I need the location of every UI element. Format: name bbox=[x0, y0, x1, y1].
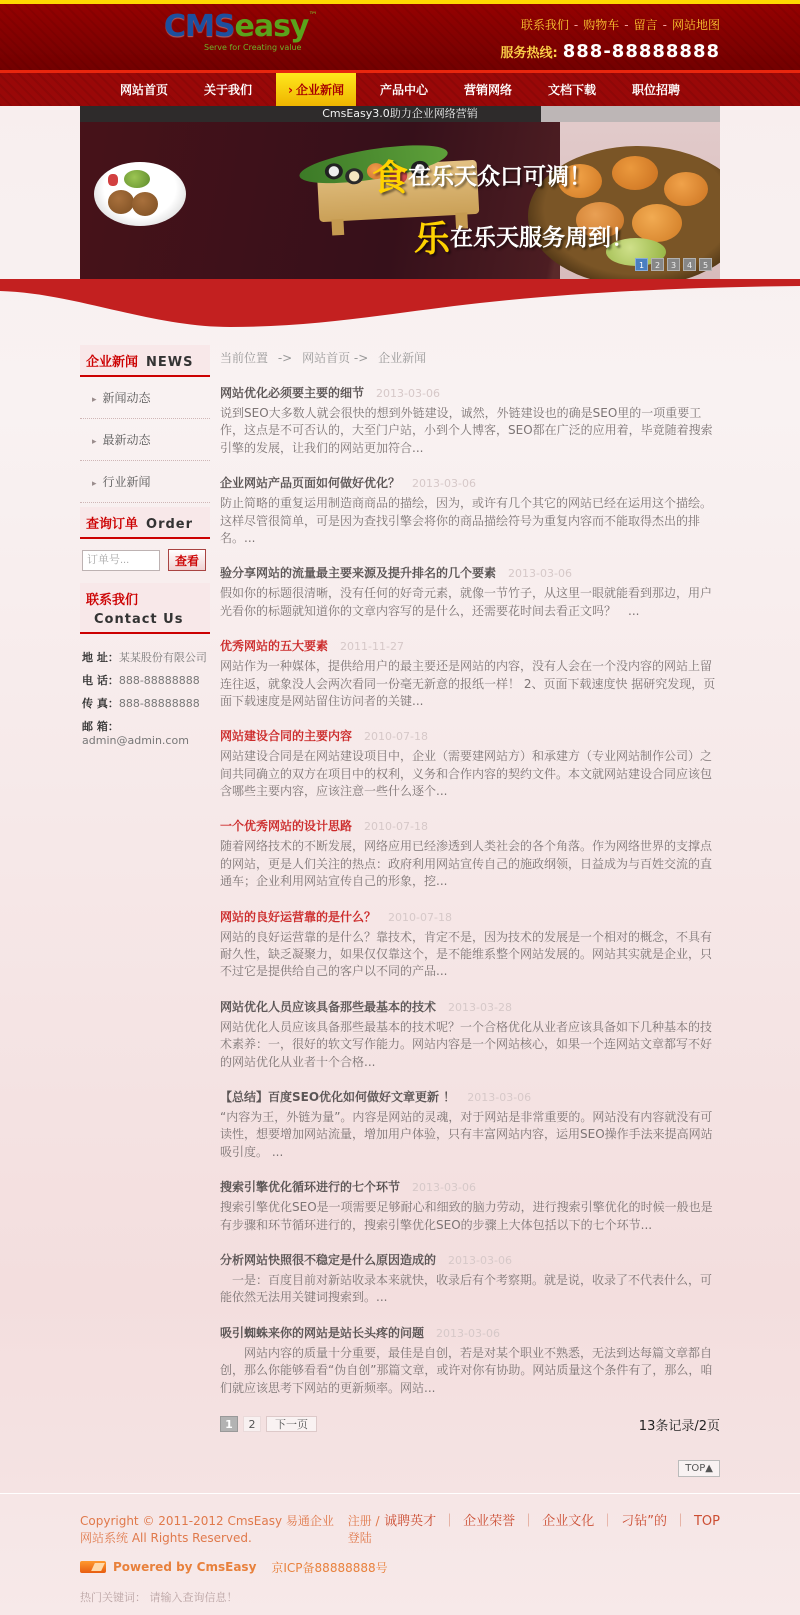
nav-item-label: 关于我们 bbox=[204, 83, 252, 97]
banner-subtitle: CmsEasy3.0助力企业网络营销 bbox=[322, 106, 478, 122]
news-item: 网站的良好运营靠的是什么？2010-07-18网站的良好运营靠的是什么？靠技术，… bbox=[220, 906, 720, 981]
header-link-3[interactable]: 留言 bbox=[634, 18, 658, 32]
banner-pager: 12345 bbox=[635, 258, 712, 271]
triangle-bullet-icon: ▸ bbox=[92, 479, 97, 489]
pagination-summary: 13条记录/2页 bbox=[639, 1415, 720, 1434]
nav-item[interactable]: ›文档下载 bbox=[536, 73, 608, 106]
red-wave-divider bbox=[0, 279, 800, 331]
footer-link-1[interactable]: 诚聘英才 bbox=[384, 1514, 436, 1529]
news-item-date: 2013-03-06 bbox=[436, 1327, 500, 1340]
hotline-label: 服务热线: bbox=[500, 46, 557, 61]
logo-easy-text: easy bbox=[234, 9, 308, 44]
sidebar-order-header: 查询订单Order bbox=[80, 507, 210, 539]
copyright-text: Copyright © 2011-2012 CmsEasy 易通企业网站系统 A… bbox=[80, 1512, 340, 1546]
food-item-image bbox=[632, 204, 682, 242]
breadcrumb-sep: -> bbox=[278, 351, 292, 365]
news-item-head: 网站优化必须要主要的细节2013-03-06 bbox=[220, 382, 720, 401]
news-item-title[interactable]: 企业网站产品页面如何做好优化？ bbox=[220, 476, 400, 490]
news-header-en: NEWS bbox=[146, 355, 193, 370]
page: CMSeasy™ Serve for Creating value 联系我们-购… bbox=[0, 0, 800, 1615]
sidebar-news-list: ▸新闻动态▸最新动态▸行业新闻 bbox=[80, 377, 210, 503]
nav-item-label: 文档下载 bbox=[548, 83, 596, 97]
nav-item-label: 网站首页 bbox=[120, 83, 168, 97]
news-header-cn: 企业新闻 bbox=[86, 355, 138, 370]
pagination: 1 2 下一页 13条记录/2页 bbox=[220, 1415, 720, 1434]
top-link-separator: - bbox=[574, 18, 578, 32]
croquette-image bbox=[132, 192, 158, 216]
header-link-4[interactable]: 网站地图 bbox=[672, 18, 720, 32]
breadcrumb-current[interactable]: 企业新闻 bbox=[378, 351, 426, 365]
footer-link-2[interactable]: 企业荣誉 bbox=[463, 1514, 515, 1529]
sushi-image bbox=[345, 168, 364, 185]
footer-link-4[interactable]: 刁钻”的 bbox=[621, 1514, 667, 1529]
news-item-head: 搜索引擎优化循环进行的七个环节2013-03-06 bbox=[220, 1176, 720, 1195]
news-item-head: 一个优秀网站的设计思路2010-07-18 bbox=[220, 815, 720, 834]
news-item: 分析网站快照很不稳定是什么原因造成的2013-03-06 一是：百度目前对新站收… bbox=[220, 1249, 720, 1307]
logo-cms-text: CMS bbox=[164, 9, 234, 44]
news-item-head: 网站优化人员应该具备那些最基本的技术2013-03-28 bbox=[220, 996, 720, 1015]
news-item: 网站优化人员应该具备那些最基本的技术2013-03-28网站优化人员应该具备那些… bbox=[220, 996, 720, 1071]
order-number-input[interactable] bbox=[82, 550, 160, 571]
top-link-separator: - bbox=[624, 18, 628, 32]
pagination-next-button[interactable]: 下一页 bbox=[266, 1416, 317, 1432]
food-item-image bbox=[664, 172, 708, 206]
news-item-date: 2013-03-06 bbox=[448, 1254, 512, 1267]
breadcrumb-label: 当前位置 bbox=[220, 351, 268, 365]
contact-line: 电 话：888-88888888 bbox=[82, 672, 208, 688]
pagination-current-page[interactable]: 1 bbox=[220, 1416, 238, 1432]
sidebar-news-header: 企业新闻NEWS bbox=[80, 345, 210, 377]
header: CMSeasy™ Serve for Creating value 联系我们-购… bbox=[0, 4, 800, 70]
breadcrumb-sep: -> bbox=[354, 351, 368, 365]
news-item-date: 2013-03-06 bbox=[412, 1181, 476, 1194]
powered-by-text: Powered by CmsEasy bbox=[113, 1560, 256, 1574]
banner-pager-button[interactable]: 2 bbox=[651, 258, 664, 271]
news-item-excerpt: 随着网络技术的不断发展，网络应用已经渗透到人类社会的各个角落。作为网络世界的支撑… bbox=[220, 838, 720, 890]
sidebar-news-item[interactable]: ▸最新动态 bbox=[80, 419, 210, 461]
order-header-cn: 查询订单 bbox=[86, 517, 138, 532]
hot-keywords: 热门关键词： 请输入查询信息！ bbox=[80, 1589, 720, 1605]
croquette-image bbox=[108, 190, 134, 214]
footer-link-3[interactable]: 企业文化 bbox=[542, 1514, 594, 1529]
hot-keywords-value: 请输入查询信息！ bbox=[150, 1591, 238, 1604]
slogan-line2-text: 在乐天服务周到！ bbox=[450, 225, 634, 251]
news-item-excerpt: 网站优化人员应该具备那些最基本的技术呢？一个合格优化从业者应该具备如下几种基本的… bbox=[220, 1019, 720, 1071]
icp-number[interactable]: 京ICP备88888888号 bbox=[271, 1559, 387, 1576]
nav-item[interactable]: ›网站首页 bbox=[108, 73, 180, 106]
news-item-head: 企业网站产品页面如何做好优化？2013-03-06 bbox=[220, 472, 720, 491]
news-item-date: 2013-03-06 bbox=[467, 1091, 531, 1104]
news-item: 一个优秀网站的设计思路2010-07-18随着网络技术的不断发展，网络应用已经渗… bbox=[220, 815, 720, 890]
hot-keywords-label: 热门关键词： bbox=[80, 1591, 146, 1604]
contact-info: 地 址：某某股份有限公司电 话：888-88888888传 真：888-8888… bbox=[80, 634, 210, 762]
back-to-top-button[interactable]: TOP▲ bbox=[678, 1460, 720, 1477]
news-item: 优秀网站的五大要素2011-11-27网站作为一种媒体，提供给用户的最主要还是网… bbox=[220, 635, 720, 710]
order-header-en: Order bbox=[146, 517, 193, 532]
news-item-date: 2013-03-06 bbox=[508, 567, 572, 580]
slogan-line2-big: 乐 bbox=[414, 219, 450, 260]
news-item: 网站建设合同的主要内容2010-07-18网站建设合同是在网站建设项目中，企业（… bbox=[220, 725, 720, 800]
news-item: 验分享网站的流量最主要来源及提升排名的几个要素2013-03-06假如你的标题很… bbox=[220, 562, 720, 620]
footer-links: 诚聘英才｜企业荣誉｜企业文化｜刁钻”的｜TOP bbox=[384, 1510, 720, 1529]
triangle-bullet-icon: ▸ bbox=[92, 437, 97, 447]
active-tab-arrow-icon: › bbox=[288, 83, 293, 97]
contact-line-value: 某某股份有限公司 bbox=[119, 651, 207, 664]
news-item-date: 2010-07-18 bbox=[388, 911, 452, 924]
hero-banner[interactable]: CmsEasy3.0助力企业网络营销 bbox=[80, 106, 720, 279]
news-item-title[interactable]: 网站的良好运营靠的是什么？ bbox=[220, 910, 376, 924]
order-search-button[interactable]: 查看 bbox=[168, 549, 206, 571]
news-item-head: 吸引蜘蛛来你的网站是站长头疼的问题2013-03-06 bbox=[220, 1322, 720, 1341]
main-nav-bar: ›网站首页›关于我们›企业新闻›产品中心›营销网络›文档下载›职位招聘 bbox=[0, 70, 800, 106]
news-item-excerpt: 一是：百度目前对新站收录本来就快，收录后有个考察期。就是说，收录了不代表什么，可… bbox=[220, 1272, 720, 1307]
garnish-image bbox=[124, 170, 150, 188]
news-item-head: 【总结】百度SEO优化如何做好文章更新 ！2013-03-06 bbox=[220, 1086, 720, 1105]
header-link-1[interactable]: 联系我们 bbox=[521, 18, 569, 32]
news-item-head: 网站的良好运营靠的是什么？2010-07-18 bbox=[220, 906, 720, 925]
nav-item-label: 职位招聘 bbox=[632, 83, 680, 97]
news-item-excerpt: 网站内容的质量十分重要，最佳是自创，若是对某个职业不熟悉，无法到达每篇文章都自创… bbox=[220, 1345, 720, 1397]
sidebar-news-item-label: 最新动态 bbox=[103, 433, 151, 447]
nav-item[interactable]: ›关于我们 bbox=[192, 73, 264, 106]
news-item-title[interactable]: 网站优化必须要主要的细节 bbox=[220, 386, 364, 400]
banner-pager-button[interactable]: 5 bbox=[699, 258, 712, 271]
contact-line: 邮 箱：admin@admin.com bbox=[82, 718, 208, 747]
news-item-head: 网站建设合同的主要内容2010-07-18 bbox=[220, 725, 720, 744]
news-item-excerpt: 说到SEO大多数人就会很快的想到外链建设，诚然，外链建设也的确是SEO里的一项重… bbox=[220, 405, 720, 457]
news-item-excerpt: 假如你的标题很清晰，没有任何的好奇元素，就像一节竹子，从这里一眼就能看到那边，用… bbox=[220, 585, 720, 620]
footer-link-separator: ｜ bbox=[522, 1514, 535, 1529]
news-item-excerpt: 搜索引擎优化SEO是一项需要足够耐心和细致的脑力劳动，进行搜索引擎优化的时候一般… bbox=[220, 1199, 720, 1234]
news-item-date: 2010-07-18 bbox=[364, 730, 428, 743]
nav-item[interactable]: ›产品中心 bbox=[368, 73, 440, 106]
nav-item[interactable]: ›营销网络 bbox=[452, 73, 524, 106]
news-item-excerpt: 网站建设合同是在网站建设项目中，企业（需要建网站方）和承建方（专业网站制作公司）… bbox=[220, 748, 720, 800]
news-item: 企业网站产品页面如何做好优化？2013-03-06防止简略的重复运用制造商商品的… bbox=[220, 472, 720, 547]
pagination-page-link[interactable]: 2 bbox=[243, 1416, 261, 1432]
contact-line-label: 电 话： bbox=[82, 674, 119, 687]
news-item-head: 分析网站快照很不稳定是什么原因造成的2013-03-06 bbox=[220, 1249, 720, 1268]
cmseasy-badge-icon bbox=[80, 1561, 106, 1573]
news-item-title[interactable]: 分析网站快照很不稳定是什么原因造成的 bbox=[220, 1253, 436, 1267]
nav-item-label: 营销网络 bbox=[464, 83, 512, 97]
contact-line: 地 址：某某股份有限公司 bbox=[82, 649, 208, 665]
slogan-line1-text: 在乐天众口可调！ bbox=[408, 164, 592, 190]
sidebar-news-item-label: 行业新闻 bbox=[103, 475, 151, 489]
news-list: 网站优化必须要主要的细节2013-03-06说到SEO大多数人就会很快的想到外链… bbox=[220, 382, 720, 1397]
news-item-title[interactable]: 优秀网站的五大要素 bbox=[220, 639, 328, 653]
contact-header-en: Contact Us bbox=[94, 612, 183, 627]
contact-header-cn: 联系我们 bbox=[86, 593, 138, 608]
contact-line-label: 地 址： bbox=[82, 651, 119, 664]
garnish-image bbox=[108, 174, 118, 186]
news-item-date: 2013-03-06 bbox=[376, 387, 440, 400]
sidebar-news-item[interactable]: ▸新闻动态 bbox=[80, 377, 210, 419]
news-item-title[interactable]: 验分享网站的流量最主要来源及提升排名的几个要素 bbox=[220, 566, 496, 580]
news-item: 吸引蜘蛛来你的网站是站长头疼的问题2013-03-06 网站内容的质量十分重要，… bbox=[220, 1322, 720, 1397]
banner-pager-button[interactable]: 4 bbox=[683, 258, 696, 271]
breadcrumb-home-link[interactable]: 网站首页 bbox=[302, 351, 350, 365]
contact-line-label: 邮 箱： bbox=[82, 720, 119, 733]
contact-line-value: 888-88888888 bbox=[119, 674, 200, 687]
footer-link-separator: ｜ bbox=[674, 1514, 687, 1529]
news-item-title[interactable]: 一个优秀网站的设计思路 bbox=[220, 819, 352, 833]
header-link-2[interactable]: 购物车 bbox=[583, 18, 619, 32]
hotline-number: 888-88888888 bbox=[563, 41, 720, 62]
news-item-date: 2013-03-06 bbox=[412, 477, 476, 490]
banner-pager-button[interactable]: 1 bbox=[635, 258, 648, 271]
banner-topbar: CmsEasy3.0助力企业网络营销 bbox=[80, 106, 720, 122]
news-item: 【总结】百度SEO优化如何做好文章更新 ！2013-03-06“内容为王，外链为… bbox=[220, 1086, 720, 1161]
sidebar-news-item[interactable]: ▸行业新闻 bbox=[80, 461, 210, 503]
news-item-title[interactable]: 搜索引擎优化循环进行的七个环节 bbox=[220, 1180, 400, 1194]
nav-item[interactable]: ›企业新闻 bbox=[276, 73, 356, 106]
contact-line-value: admin@admin.com bbox=[82, 734, 189, 747]
service-hotline: 服务热线: 888-88888888 bbox=[500, 41, 720, 62]
banner-pager-button[interactable]: 3 bbox=[667, 258, 680, 271]
news-item-excerpt: “内容为王，外链为量”。内容是网站的灵魂，对于网站是非常重要的。网站没有内容就没… bbox=[220, 1109, 720, 1161]
contact-line: 传 真：888-88888888 bbox=[82, 695, 208, 711]
site-logo[interactable]: CMSeasy™ Serve for Creating value bbox=[164, 4, 318, 70]
sidebar-contact-header: 联系我们Contact Us bbox=[80, 583, 210, 634]
news-item-title[interactable]: 网站优化人员应该具备那些最基本的技术 bbox=[220, 1000, 436, 1014]
croquette-plate-image bbox=[94, 162, 186, 226]
footer-link-separator: ｜ bbox=[601, 1514, 614, 1529]
board-leg bbox=[331, 219, 344, 236]
nav-item[interactable]: ›职位招聘 bbox=[620, 73, 692, 106]
news-item-excerpt: 网站作为一种媒体，提供给用户的最主要还是网站的内容，没有人会在一个没内容的网站上… bbox=[220, 658, 720, 710]
logo-tagline: Serve for Creating value bbox=[204, 44, 318, 52]
breadcrumb: 当前位置 -> 网站首页 -> 企业新闻 bbox=[220, 345, 720, 368]
news-item: 网站优化必须要主要的细节2013-03-06说到SEO大多数人就会很快的想到外链… bbox=[220, 382, 720, 457]
sidebar: 企业新闻NEWS ▸新闻动态▸最新动态▸行业新闻 查询订单Order 查看 联系… bbox=[80, 345, 210, 762]
logo-trademark: ™ bbox=[309, 11, 318, 21]
contact-line-label: 传 真： bbox=[82, 697, 119, 710]
triangle-bullet-icon: ▸ bbox=[92, 395, 97, 405]
footer-link-separator: ｜ bbox=[443, 1514, 456, 1529]
nav-item-label: 产品中心 bbox=[380, 83, 428, 97]
footer-link-5[interactable]: TOP bbox=[694, 1514, 720, 1529]
news-item-date: 2010-07-18 bbox=[364, 820, 428, 833]
header-top-links: 联系我们-购物车-留言-网站地图 bbox=[500, 16, 720, 33]
news-item-title[interactable]: 吸引蜘蛛来你的网站是站长头疼的问题 bbox=[220, 1326, 424, 1340]
main-nav: ›网站首页›关于我们›企业新闻›产品中心›营销网络›文档下载›职位招聘 bbox=[80, 73, 720, 106]
news-item-date: 2011-11-27 bbox=[340, 640, 404, 653]
news-item-title[interactable]: 【总结】百度SEO优化如何做好文章更新 ！ bbox=[220, 1090, 455, 1104]
contact-line-value: 888-88888888 bbox=[119, 697, 200, 710]
sidebar-news-item-label: 新闻动态 bbox=[103, 391, 151, 405]
news-item-excerpt: 网站的良好运营靠的是什么？靠技术，肯定不是，因为技术的发展是一个相对的概念，不具… bbox=[220, 929, 720, 981]
banner-slogan: 食在乐天众口可调！ 乐在乐天服务周到！ bbox=[372, 150, 634, 262]
news-item: 搜索引擎优化循环进行的七个环节2013-03-06搜索引擎优化SEO是一项需要足… bbox=[220, 1176, 720, 1234]
news-item-date: 2013-03-28 bbox=[448, 1001, 512, 1014]
news-item-excerpt: 防止简略的重复运用制造商商品的描绘，因为，或许有几个其它的网站已经在运用这个描绘… bbox=[220, 495, 720, 547]
news-item-head: 验分享网站的流量最主要来源及提升排名的几个要素2013-03-06 bbox=[220, 562, 720, 581]
register-login-link[interactable]: 注册 / 登陆 bbox=[348, 1512, 384, 1546]
main-content: 当前位置 -> 网站首页 -> 企业新闻 网站优化必须要主要的细节2013-03… bbox=[220, 345, 720, 1477]
news-item-head: 优秀网站的五大要素2011-11-27 bbox=[220, 635, 720, 654]
slogan-line1-big: 食 bbox=[372, 158, 408, 199]
news-item-title[interactable]: 网站建设合同的主要内容 bbox=[220, 729, 352, 743]
top-link-separator: - bbox=[663, 18, 667, 32]
nav-item-label: 企业新闻 bbox=[296, 83, 344, 97]
footer: Copyright © 2011-2012 CmsEasy 易通企业网站系统 A… bbox=[0, 1493, 800, 1615]
